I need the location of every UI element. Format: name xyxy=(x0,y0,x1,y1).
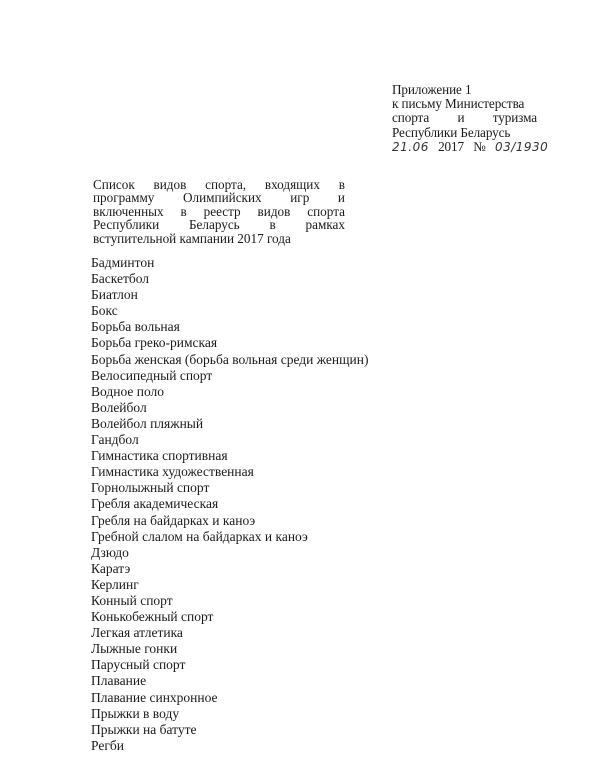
intro-line: Республики Беларусь в рамках xyxy=(93,218,345,231)
sport-item: Дзюдо xyxy=(91,545,368,561)
sport-item: Парусный спорт xyxy=(91,657,368,673)
sport-item: Каратэ xyxy=(91,561,368,577)
appendix-addressee: к письму Министерства xyxy=(392,97,542,111)
sport-item: Борьба греко-римская xyxy=(91,335,368,351)
intro-line: программу Олимпийских игр и xyxy=(93,191,345,204)
sport-item: Волейбол пляжный xyxy=(91,416,368,432)
sport-item: Прыжки в воду xyxy=(91,706,368,722)
sports-list: БадминтонБаскетболБиатлонБоксБорьба воль… xyxy=(91,255,368,754)
appendix-ministry-line: спорта и туризма xyxy=(392,111,537,125)
sport-item: Борьба вольная xyxy=(91,319,368,335)
sport-item: Бадминтон xyxy=(91,255,368,271)
handwritten-date: 21.06 xyxy=(392,140,429,154)
intro-paragraph: Список видов спорта, входящих в программ… xyxy=(93,178,345,245)
sport-item: Гребля на байдарках и каноэ xyxy=(91,513,368,529)
sport-item: Лыжные гонки xyxy=(91,641,368,657)
sport-item: Плавание xyxy=(91,673,368,689)
sport-item: Велосипедный спорт xyxy=(91,368,368,384)
sport-item: Волейбол xyxy=(91,400,368,416)
sport-item: Водное поло xyxy=(91,384,368,400)
sport-item: Борьба женская (борьба вольная среди жен… xyxy=(91,352,368,368)
sport-item: Плавание синхронное xyxy=(91,690,368,706)
sport-item: Конный спорт xyxy=(91,593,368,609)
sport-item: Баскетбол xyxy=(91,271,368,287)
appendix-date-number: 21.06 2017 № 03/1930 xyxy=(392,140,542,154)
number-sign: № xyxy=(473,139,485,154)
intro-line: включенных в реестр видов спорта xyxy=(93,205,345,218)
sport-item: Гимнастика спортивная xyxy=(91,448,368,464)
date-year: 2017 xyxy=(438,139,464,154)
sport-item: Гандбол xyxy=(91,432,368,448)
sport-item: Легкая атлетика xyxy=(91,625,368,641)
sport-item: Регби xyxy=(91,738,368,754)
appendix-country: Республики Беларусь xyxy=(392,126,542,140)
sport-item: Гребля академическая xyxy=(91,496,368,512)
sport-item: Конькобежный спорт xyxy=(91,609,368,625)
appendix-title: Приложение 1 xyxy=(392,83,542,97)
sport-item: Гимнастика художественная xyxy=(91,464,368,480)
sport-item: Гребной слалом на байдарках и каноэ xyxy=(91,529,368,545)
sport-item: Прыжки на батуте xyxy=(91,722,368,738)
sport-item: Керлинг xyxy=(91,577,368,593)
handwritten-number: 03/1930 xyxy=(495,140,548,154)
sport-item: Горнолыжный спорт xyxy=(91,480,368,496)
intro-line: вступительной кампании 2017 года xyxy=(93,232,345,245)
appendix-header: Приложение 1 к письму Министерства спорт… xyxy=(392,83,542,154)
sport-item: Бокс xyxy=(91,303,368,319)
intro-line: Список видов спорта, входящих в xyxy=(93,178,345,191)
sport-item: Биатлон xyxy=(91,287,368,303)
